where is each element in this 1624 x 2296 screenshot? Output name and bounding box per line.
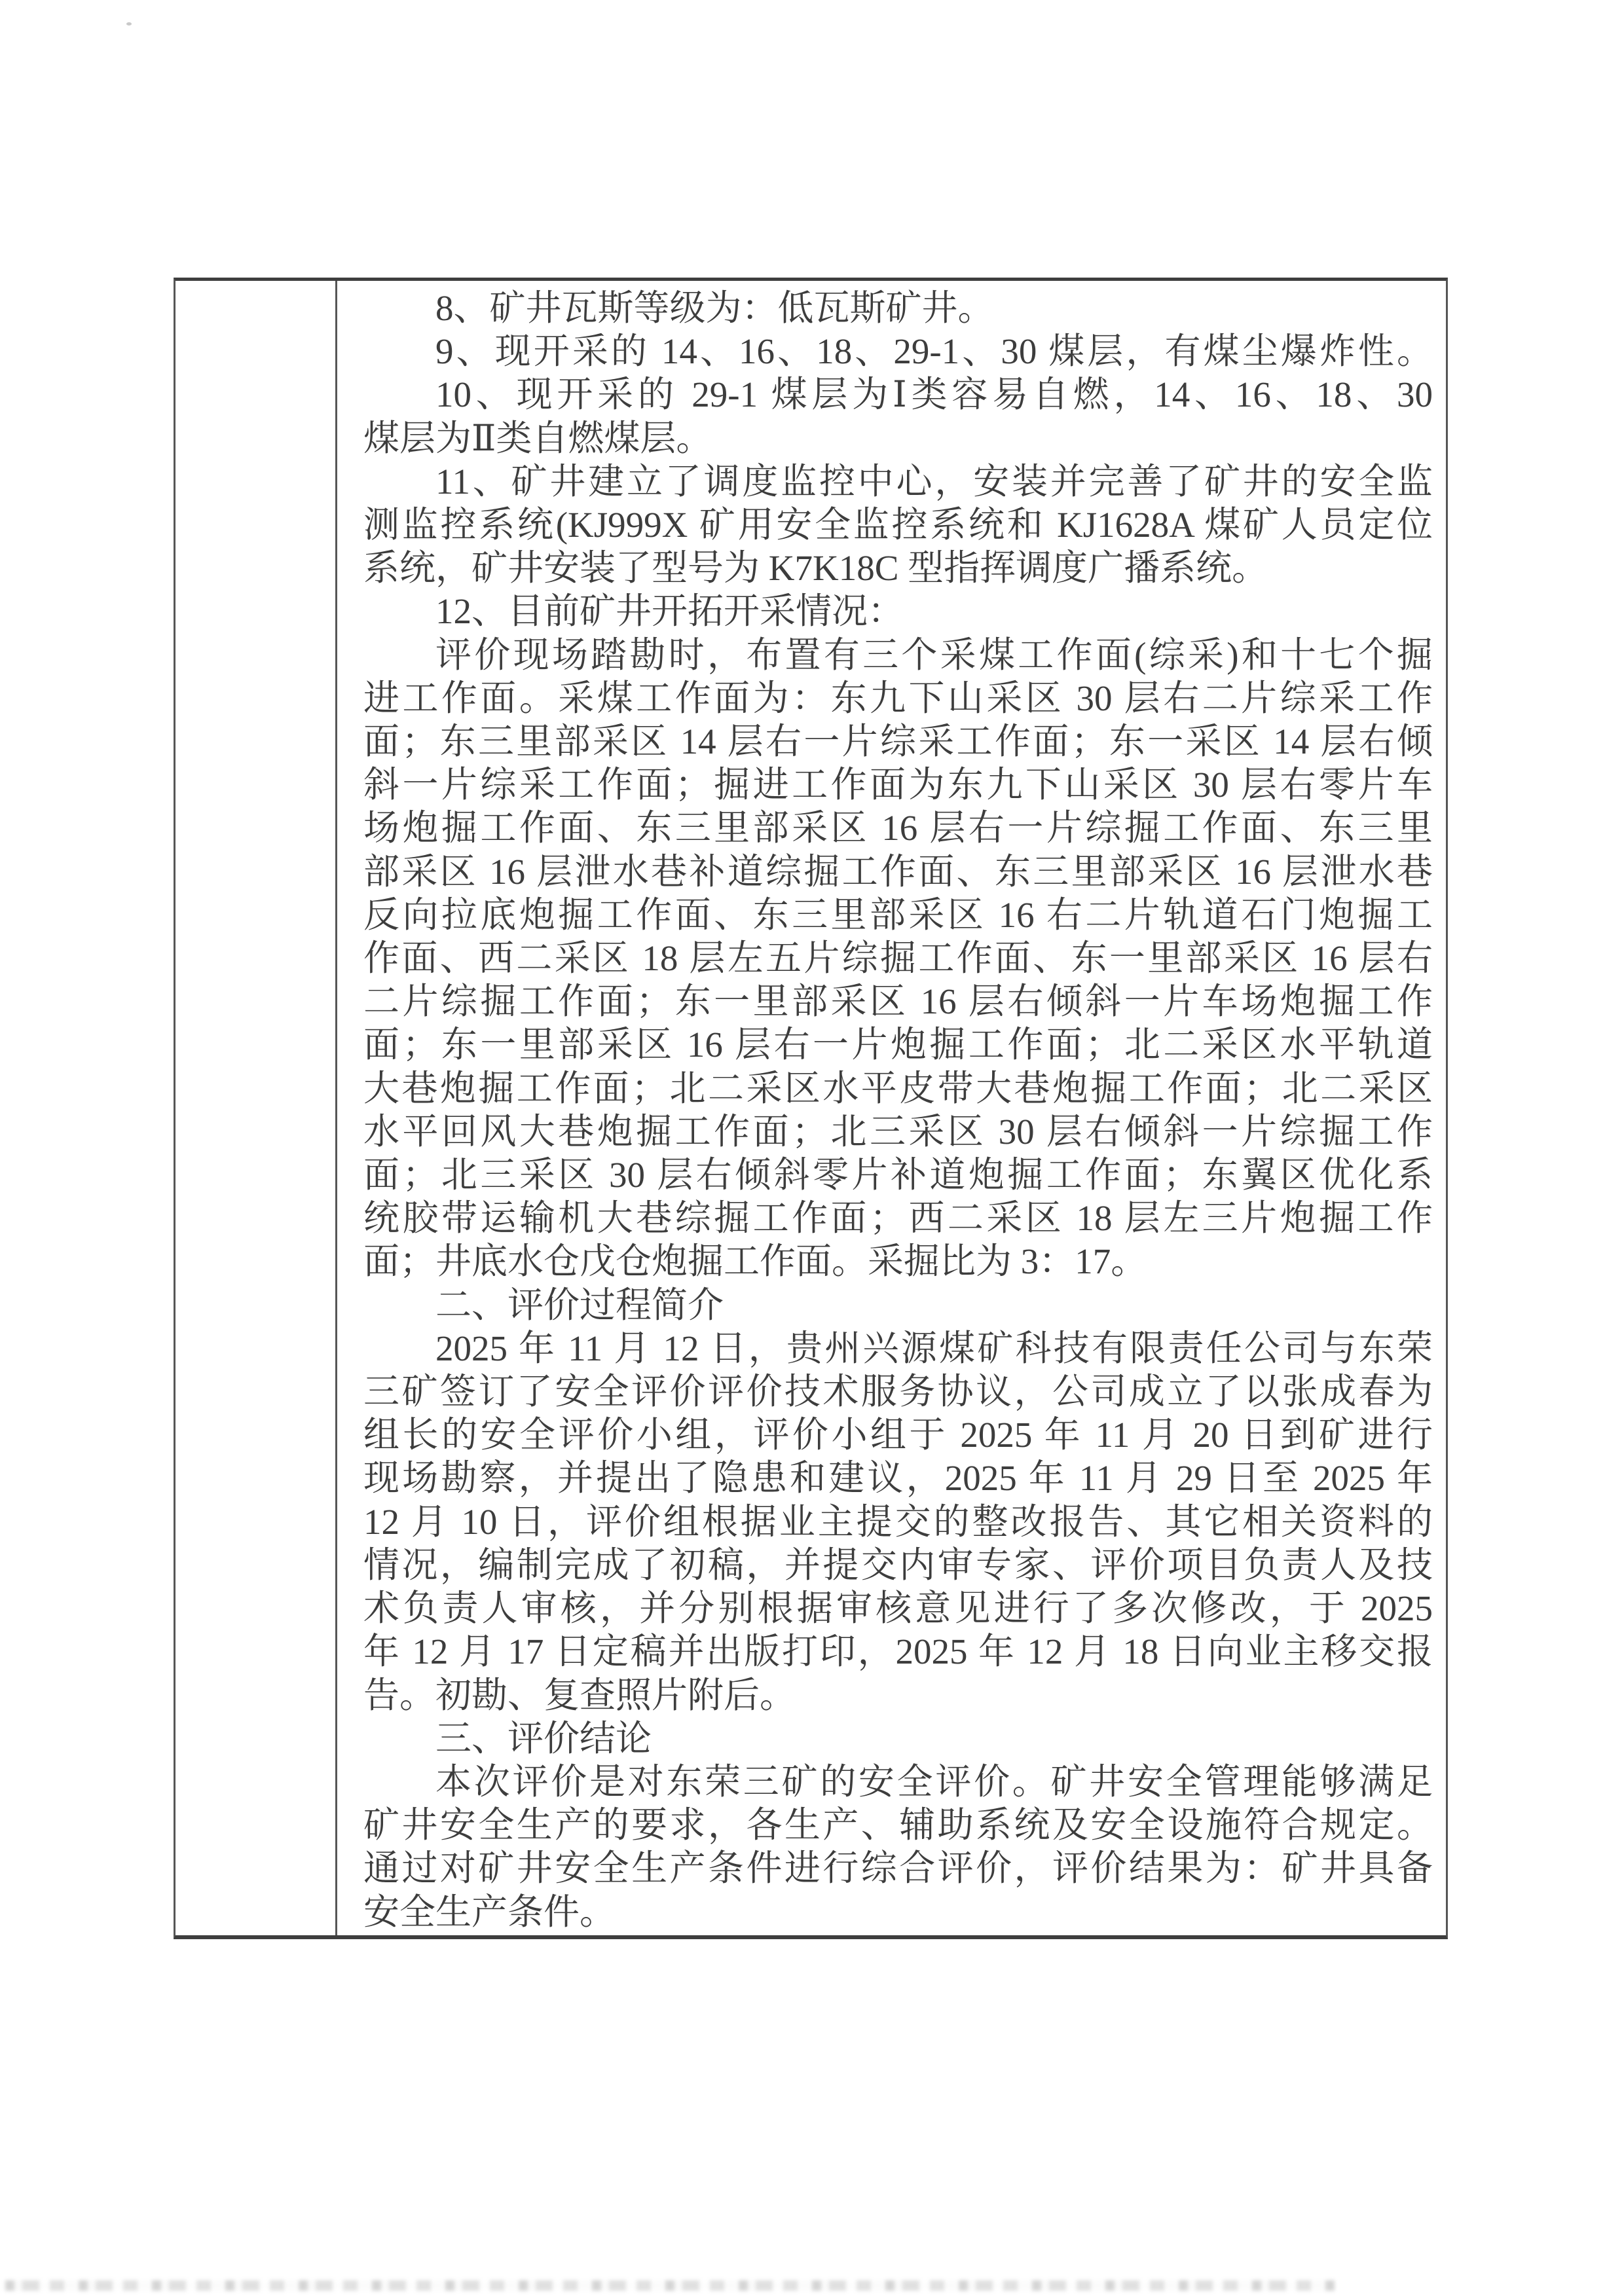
text-line: 2025 年 11 月 12 日，贵州兴源煤矿科技有限责任公司与东荣 [363,1327,1433,1370]
text-line: 面；东一里部采区 16 层右一片炮掘工作面；北二采区水平轨道 [363,1023,1433,1066]
text-line: 三矿签订了安全评价评价技术服务协议，公司成立了以张成春为 [363,1370,1433,1413]
text-line: 进工作面。采煤工作面为：东九下山采区 30 层右二片综采工作 [363,677,1433,720]
text-line: 告。初勘、复查照片附后。 [363,1674,1433,1717]
text-line: 组长的安全评价小组，评价小组于 2025 年 11 月 20 日到矿进行 [363,1413,1433,1457]
text-line: 作面、西二采区 18 层左五片综掘工作面、东一里部采区 16 层右 [363,937,1433,980]
text-line: 评价现场踏勘时，布置有三个采煤工作面(综采)和十七个掘 [363,634,1433,677]
text-line: 年 12 月 17 日定稿并出版打印，2025 年 12 月 18 日向业主移交… [363,1630,1433,1673]
text-line: 情况，编制完成了初稿，并提交内审专家、评价项目负责人及技 [363,1544,1433,1587]
text-line: 10、现开采的 29-1 煤层为Ⅰ类容易自燃，14、16、18、30 [363,373,1433,416]
scan-speck-artifact [126,22,132,26]
text-line: 二、评价过程简介 [363,1284,1433,1327]
text-line: 三、评价结论 [363,1717,1433,1760]
text-line: 安全生产条件。 [363,1891,1433,1934]
text-line: 8、矿井瓦斯等级为：低瓦斯矿井。 [363,287,1433,330]
text-line: 斜一片综采工作面；掘进工作面为东九下山采区 30 层右零片车 [363,763,1433,807]
text-line: 反向拉底炮掘工作面、东三里部采区 16 右二片轨道石门炮掘工 [363,894,1433,937]
text-line: 水平回风大巷炮掘工作面；北三采区 30 层右倾斜一片综掘工作 [363,1110,1433,1154]
text-line: 二片综掘工作面；东一里部采区 16 层右倾斜一片车场炮掘工作 [363,980,1433,1023]
text-line: 系统，矿井安装了型号为 K7K18C 型指挥调度广播系统。 [363,547,1433,590]
text-line: 通过对矿井安全生产条件进行综合评价，评价结果为：矿井具备 [363,1847,1433,1890]
text-line: 测监控系统(KJ999X 矿用安全监控系统和 KJ1628A 煤矿人员定位 [363,503,1433,547]
text-line: 统胶带运输机大巷综掘工作面；西二采区 18 层左三片炮掘工作 [363,1197,1433,1240]
text-line: 部采区 16 层泄水巷补道综掘工作面、东三里部采区 16 层泄水巷 [363,850,1433,894]
text-line: 现场勘察，并提出了隐患和建议，2025 年 11 月 29 日至 2025 年 [363,1457,1433,1500]
text-line: 11、矿井建立了调度监控中心，安装并完善了矿井的安全监 [363,460,1433,503]
text-line: 大巷炮掘工作面；北二采区水平皮带大巷炮掘工作面；北二采区 [363,1067,1433,1110]
text-line: 面；井底水仓戊仓炮掘工作面。采掘比为 3：17。 [363,1240,1433,1283]
text-line: 本次评价是对东荣三矿的安全评价。矿井安全管理能够满足 [363,1760,1433,1804]
table-right-column: 8、矿井瓦斯等级为：低瓦斯矿井。9、现开采的 14、16、18、29-1、30 … [337,281,1446,1935]
table-left-column [175,281,337,1935]
text-line: 术负责人审核，并分别根据审核意见进行了多次修改，于 2025 [363,1587,1433,1630]
text-line: 12 月 10 日，评价组根据业主提交的整改报告、其它相关资料的 [363,1501,1433,1544]
scanned-document-page: 8、矿井瓦斯等级为：低瓦斯矿井。9、现开采的 14、16、18、29-1、30 … [0,0,1624,2296]
text-line: 12、目前矿井开拓开采情况： [363,590,1433,633]
text-line: 煤层为Ⅱ类自燃煤层。 [363,417,1433,460]
report-table: 8、矿井瓦斯等级为：低瓦斯矿井。9、现开采的 14、16、18、29-1、30 … [174,278,1448,1939]
scan-bleed-through-smudge [5,2280,1335,2291]
text-line: 面；北三采区 30 层右倾斜零片补道炮掘工作面；东翼区优化系 [363,1154,1433,1197]
text-line: 场炮掘工作面、东三里部采区 16 层右一片综掘工作面、东三里 [363,807,1433,850]
text-line: 面；东三里部采区 14 层右一片综采工作面；东一采区 14 层右倾 [363,720,1433,763]
text-line: 矿井安全生产的要求，各生产、辅助系统及安全设施符合规定。 [363,1804,1433,1847]
table-text-lines: 8、矿井瓦斯等级为：低瓦斯矿井。9、现开采的 14、16、18、29-1、30 … [363,287,1433,1934]
text-line: 9、现开采的 14、16、18、29-1、30 煤层，有煤尘爆炸性。 [363,330,1433,373]
